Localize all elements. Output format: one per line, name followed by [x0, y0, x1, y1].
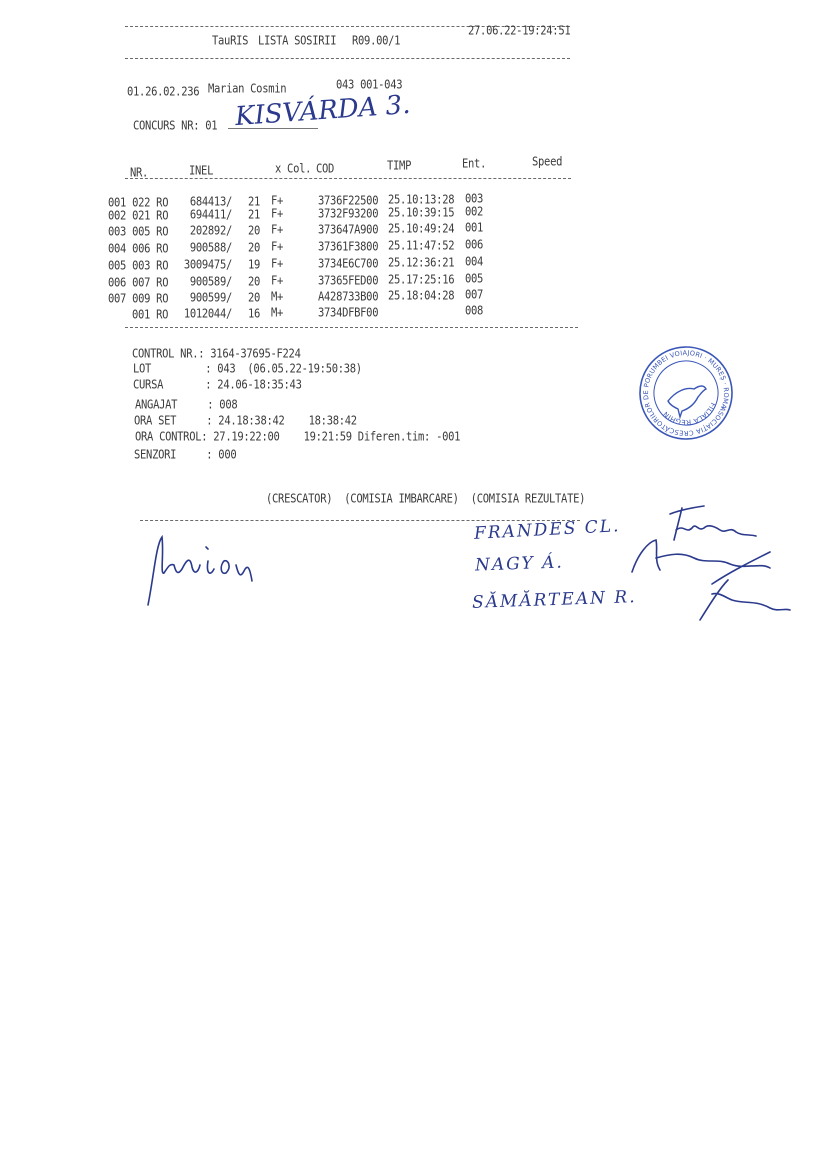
- control-ora-control: ORA CONTROL: 27.19:22:00 19:21:59 Difere…: [135, 430, 460, 444]
- report-title: LISTA SOSIRII: [258, 34, 336, 48]
- cell-x: 16: [248, 307, 260, 321]
- cell-x: 20: [248, 291, 260, 305]
- cell-nr: 005 003 RO: [108, 259, 168, 273]
- contest-number: CONCURS NR: 01: [133, 119, 217, 133]
- col-timp: TIMP: [387, 159, 411, 173]
- svg-text:ASOCIAȚIA CRESCĂTORILOR DE POR: ASOCIAȚIA CRESCĂTORILOR DE PORUMBEI VOIA…: [638, 345, 734, 441]
- cell-ent: 004: [465, 255, 483, 269]
- table-bottom-rule: [125, 327, 578, 328]
- cell-timp: 25.18:04:28: [388, 289, 454, 303]
- cell-timp: 25.10:13:28: [388, 193, 454, 207]
- cell-inel: 900588/: [190, 241, 232, 255]
- commission-signatures: [620, 500, 800, 630]
- cell-timp: 25.11:47:52: [388, 239, 454, 253]
- stamp-seal-icon: ASOCIAȚIA CRESCĂTORILOR DE PORUMBEI VOIA…: [638, 345, 734, 441]
- printed-timestamp: 27.06.22-19:24:51: [468, 24, 570, 38]
- cell-cod: 373647A900: [318, 223, 378, 237]
- cell-cod: 3734DFBF00: [318, 306, 378, 320]
- cell-inel: 1012044/: [184, 307, 232, 321]
- cell-timp: 25.10:39:15: [388, 206, 454, 220]
- cell-nr: 002 021 RO: [108, 209, 168, 223]
- cell-x: 21: [248, 208, 260, 222]
- commission-name-3: SĂMĂRTEAN R.: [472, 587, 637, 613]
- breeder-name: Marian Cosmin: [208, 82, 286, 96]
- col-inel: INEL: [189, 164, 213, 178]
- cell-cod: 3736F22500: [318, 194, 378, 208]
- cell-col: F+: [271, 207, 283, 221]
- cell-nr: 001 RO: [132, 308, 168, 322]
- cell-cod: A428733B00: [318, 290, 378, 304]
- cell-inel: 900589/: [190, 275, 232, 289]
- cell-col: F+: [271, 257, 283, 271]
- cell-inel: 202892/: [190, 224, 232, 238]
- control-senzori: SENZORI : 000: [134, 448, 236, 462]
- association-stamp: ASOCIAȚIA CRESCĂTORILOR DE PORUMBEI VOIA…: [638, 345, 734, 441]
- col-x-col: x Col.: [275, 162, 311, 176]
- cell-nr: 003 005 RO: [108, 225, 168, 239]
- report-version: R09.00/1: [352, 34, 400, 48]
- cell-timp: 25.17:25:16: [388, 273, 454, 287]
- cell-inel: 694411/: [190, 208, 232, 222]
- table-row: 004 006 RO900588/20F+37361F380025.11:47:…: [0, 242, 826, 256]
- control-lot: LOT : 043 (06.05.22-19:50:38): [133, 362, 362, 376]
- table-row: 007 009 RO900599/20M+A428733B0025.18:04:…: [0, 292, 826, 306]
- cell-x: 21: [248, 195, 260, 209]
- cell-col: F+: [271, 274, 283, 288]
- cell-ent: 002: [465, 205, 483, 219]
- cell-cod: 3734E6C700: [318, 257, 378, 271]
- cell-x: 19: [248, 258, 260, 272]
- cell-col: M+: [271, 306, 283, 320]
- handwritten-location: KISVÁRDA 3.: [234, 90, 411, 132]
- cell-col: F+: [271, 223, 283, 237]
- cell-inel: 900599/: [190, 291, 232, 305]
- cell-cod: 3732F93200: [318, 207, 378, 221]
- control-angajat: ANGAJAT : 008: [135, 398, 237, 412]
- report-app-name: TauRIS: [212, 34, 248, 48]
- cell-ent: 001: [465, 221, 483, 235]
- table-row: 003 005 RO202892/20F+373647A90025.10:49:…: [0, 226, 826, 240]
- breeder-signature: [140, 525, 290, 615]
- header-bottom-rule: [125, 58, 570, 59]
- control-ora-set: ORA SET : 24.18:38:42 18:38:42: [134, 414, 357, 428]
- table-row: 005 003 RO3009475/19F+3734E6C70025.12:36…: [0, 259, 826, 273]
- cell-col: F+: [271, 240, 283, 254]
- control-cursa: CURSA : 24.06-18:35:43: [133, 378, 302, 392]
- col-speed: Speed: [532, 155, 562, 169]
- cell-x: 20: [248, 224, 260, 238]
- location-underline: [228, 128, 318, 129]
- cell-x: 20: [248, 275, 260, 289]
- cell-x: 20: [248, 241, 260, 255]
- col-ent: Ent.: [462, 157, 486, 171]
- cell-nr: 004 006 RO: [108, 242, 168, 256]
- cell-col: M+: [271, 290, 283, 304]
- cell-nr: 006 007 RO: [108, 276, 168, 290]
- cell-nr: 007 009 RO: [108, 292, 168, 306]
- table-row: 006 007 RO900589/20F+37365FED0025.17:25:…: [0, 276, 826, 290]
- cell-cod: 37365FED00: [318, 274, 378, 288]
- table-row: 001 RO1012044/16M+3734DFBF00008: [0, 308, 826, 322]
- lot-range: 043 001-043: [336, 78, 402, 92]
- col-cod: COD: [316, 162, 334, 176]
- signature-labels: (CRESCATOR) (COMISIA IMBARCARE) (COMISIA…: [266, 492, 585, 506]
- cell-timp: 25.10:49:24: [388, 222, 454, 236]
- control-nr: CONTROL NR.: 3164-37695-F224: [132, 347, 301, 361]
- table-header-rule: [125, 178, 571, 179]
- cell-col: F+: [271, 194, 283, 208]
- commission-name-2: NAGY Á.: [475, 552, 564, 575]
- cell-inel: 3009475/: [184, 258, 232, 272]
- cell-ent: 005: [465, 272, 483, 286]
- cell-cod: 37361F3800: [318, 240, 378, 254]
- cell-timp: 25.12:36:21: [388, 256, 454, 270]
- cell-nr: 001 022 RO: [108, 196, 168, 210]
- cell-ent: 008: [465, 304, 483, 318]
- cell-ent: 006: [465, 238, 483, 252]
- breeder-code: 01.26.02.236: [127, 85, 199, 99]
- cell-ent: 007: [465, 288, 483, 302]
